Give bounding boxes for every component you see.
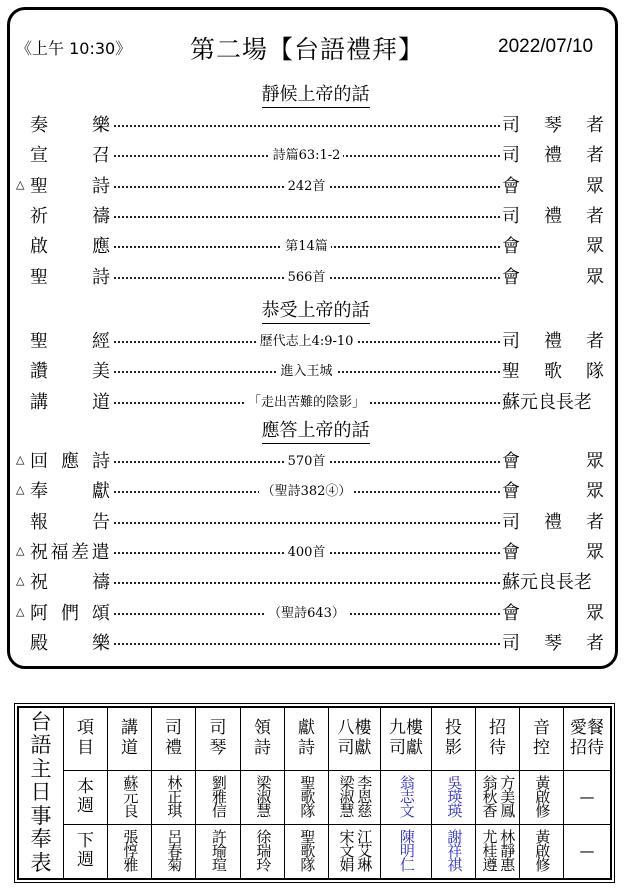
program-item-detail: 第14篇: [113, 235, 500, 254]
program-item-leader: 會眾: [502, 599, 604, 625]
program-item-detail: 566首: [113, 266, 500, 285]
program-item-leader: 會眾: [502, 447, 604, 473]
congregation-stand-icon: △: [16, 483, 24, 496]
dot-leader: [113, 642, 500, 646]
section-heading-text: 恭受上帝的話: [262, 296, 370, 324]
program-item-leader: 司禮者: [502, 141, 604, 167]
roster-cell: 李恩慈梁淑慧: [329, 771, 381, 825]
roster-column-header: 獻詩: [285, 708, 329, 771]
program-item-leader: 司禮者: [502, 508, 604, 534]
program-item-leader: 會眾: [502, 477, 604, 503]
roster-column-header: 八樓司獻: [329, 708, 381, 771]
program-item: 聖詩566首會眾: [0, 263, 631, 293]
congregation-stand-icon: △: [16, 178, 24, 191]
program-item: △奉獻（聖詩382④）會眾: [0, 477, 631, 507]
roster-cell: 張惇雅: [108, 824, 152, 878]
roster-cell: 梁淑慧: [241, 771, 285, 825]
program-item-leader: 司禮者: [502, 202, 604, 228]
program-item: 啟應第14篇會眾: [0, 232, 631, 262]
program-item-leader: 司禮者: [502, 327, 604, 353]
duty-roster-table: 台語主日事奉表項目講道司禮司琴領詩獻詩八樓司獻九樓司獻投影招待音控愛餐招待本週蘇…: [14, 703, 615, 883]
congregation-stand-icon: △: [16, 453, 24, 466]
roster-title: 台語主日事奉表: [19, 708, 64, 879]
roster-cell: 吳瑛瑛: [432, 771, 476, 825]
roster-cell: 許瑜瑄: [196, 824, 241, 878]
roster-cell: 林正琪: [152, 771, 196, 825]
program-item-leader: 司琴者: [502, 111, 604, 137]
roster-cell: 黃啟修: [520, 771, 564, 825]
program-item-leader: 會眾: [502, 263, 604, 289]
roster-cell: 蘇元良: [108, 771, 152, 825]
congregation-stand-icon: △: [16, 605, 24, 618]
program-item: △聖詩242首會眾: [0, 172, 631, 202]
service-date: 2022/07/10: [498, 36, 593, 58]
roster-row: 下週張惇雅呂春菊許瑜瑄徐瑞玲聖歌隊江艾琳宋文娟陳明仁謝祥祺林靜惠尤桂遵黃啟修—: [19, 824, 611, 878]
roster-column-header: 招待: [476, 708, 520, 771]
roster-cell: 江艾琳宋文娟: [329, 824, 381, 878]
section-heading-text: 應答上帝的話: [262, 416, 370, 444]
program-item-leader: 蘇元良長老: [502, 388, 604, 414]
program-item-detail: （聖詩382④）: [113, 480, 500, 499]
dot-leader: [113, 215, 500, 219]
roster-cell: 劉雅信: [196, 771, 241, 825]
roster-column-header: 投影: [432, 708, 476, 771]
roster-cell: 聖歌隊: [285, 771, 329, 825]
service-time: 《上午 10:30》: [16, 36, 131, 59]
roster-column-header: 講道: [108, 708, 152, 771]
program-item: 講道「走出苦難的陰影」蘇元良長老: [0, 388, 631, 418]
program-item-detail: 400首: [113, 541, 500, 560]
roster-cell: 聖歌隊: [285, 824, 329, 878]
roster-cell: —: [564, 824, 611, 878]
program-item-leader: 蘇元良長老: [502, 568, 604, 594]
congregation-stand-icon: △: [16, 544, 24, 557]
program-item: 殿樂司琴者: [0, 629, 631, 659]
roster-row-label: 本週: [64, 771, 108, 825]
program-item-leader: 聖歌隊: [502, 357, 604, 383]
roster-column-header: 九樓司獻: [381, 708, 432, 771]
program-item: △祝禱蘇元良長老: [0, 568, 631, 598]
dot-leader: [113, 124, 500, 128]
roster-cell: 翁志文: [381, 771, 432, 825]
program-item: △回應詩570首會眾: [0, 447, 631, 477]
roster-column-header: 領詩: [241, 708, 285, 771]
roster-column-header: 司琴: [196, 708, 241, 771]
program-item: 讚美進入王城聖歌隊: [0, 357, 631, 387]
roster-cell: 呂春菊: [152, 824, 196, 878]
section-heading: 靜候上帝的話: [0, 80, 631, 108]
roster-row-label: 下週: [64, 824, 108, 878]
dot-leader: [113, 521, 500, 525]
roster-cell: —: [564, 771, 611, 825]
roster-column-header: 音控: [520, 708, 564, 771]
program-item: 聖經歷代志上4:9-10司禮者: [0, 327, 631, 357]
roster-column-header: 項目: [64, 708, 108, 771]
program-item-detail: 詩篇63:1-2: [113, 144, 500, 163]
program-item-leader: 會眾: [502, 232, 604, 258]
section-heading-text: 靜候上帝的話: [262, 80, 370, 108]
roster-column-header: 司禮: [152, 708, 196, 771]
program-item-detail: 歷代志上4:9-10: [113, 330, 500, 349]
program-item-detail: 242首: [113, 175, 500, 194]
roster-cell: 徐瑞玲: [241, 824, 285, 878]
program-item: 祈禱司禮者: [0, 202, 631, 232]
roster-cell: 黃啟修: [520, 824, 564, 878]
roster-row: 本週蘇元良林正琪劉雅信梁淑慧聖歌隊李恩慈梁淑慧翁志文吳瑛瑛方美鳳翁秋香黃啟修—: [19, 771, 611, 825]
program-item: 宣召詩篇63:1-2司禮者: [0, 141, 631, 171]
roster-cell: 方美鳳翁秋香: [476, 771, 520, 825]
program-item: 奏樂司琴者: [0, 111, 631, 141]
program-item-detail: 「走出苦難的陰影」: [113, 391, 500, 410]
congregation-stand-icon: △: [16, 574, 24, 587]
roster-cell: 陳明仁: [381, 824, 432, 878]
program-item-detail: 570首: [113, 450, 500, 469]
section-heading: 恭受上帝的話: [0, 296, 631, 324]
program-item-leader: 會眾: [502, 538, 604, 564]
program-item-detail: （聖詩643）: [113, 602, 500, 621]
program-item: 報告司禮者: [0, 508, 631, 538]
program-item-detail: 進入王城: [113, 360, 500, 379]
program-item-leader: 司琴者: [502, 629, 604, 655]
program-item-leader: 會眾: [502, 172, 604, 198]
roster-cell: 林靜惠尤桂遵: [476, 824, 520, 878]
program-item: △阿們頌（聖詩643）會眾: [0, 599, 631, 629]
dot-leader: [113, 581, 500, 585]
program-item: △祝福差遣400首會眾: [0, 538, 631, 568]
roster-column-header: 愛餐招待: [564, 708, 611, 771]
section-heading: 應答上帝的話: [0, 416, 631, 444]
page-title: 第二場【台語禮拜】: [190, 30, 424, 66]
roster-cell: 謝祥祺: [432, 824, 476, 878]
